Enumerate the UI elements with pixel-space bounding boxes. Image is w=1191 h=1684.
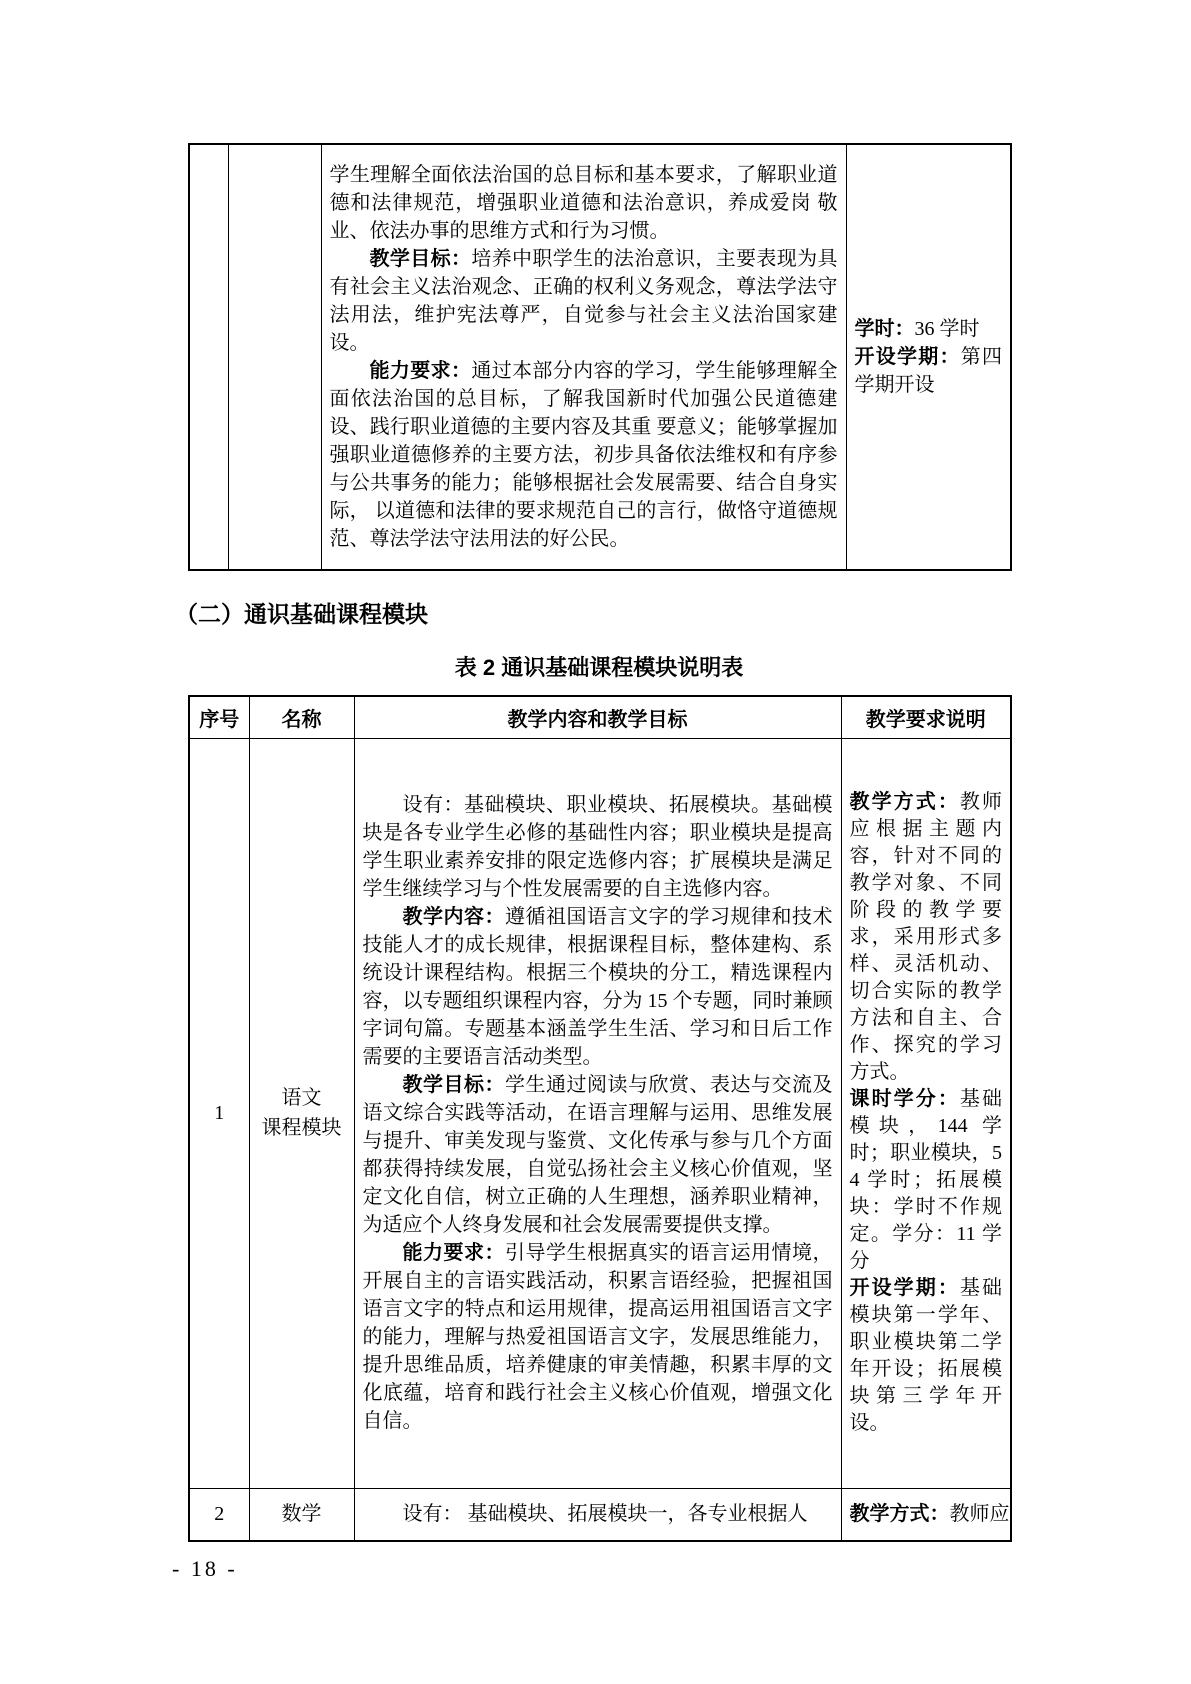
teaching-content-cell: 设有：基础模块、职业模块、拓展模块。基础模块是各专业学生必修的基础性内容；职业模… <box>354 738 841 1488</box>
course-name-line: 语文 <box>258 1083 346 1113</box>
paragraph: 能力要求：引导学生根据真实的语言运用情境，开展自主的言语实践活动，积累言语经验，… <box>363 1239 833 1435</box>
paragraph-label: 教学方式： <box>850 1503 950 1525</box>
paragraph: 课时学分：基础模块，144 学时；职业模块，54 学时；拓展模块：学时不作规定。… <box>850 1086 1003 1275</box>
teaching-content-cell: 学生理解全面依法治国的总目标和基本要求，了解职业道德和法律规范，增强职业道德和法… <box>321 144 846 570</box>
paragraph: 学生理解全面依法治国的总目标和基本要求，了解职业道德和法律规范，增强职业道德和法… <box>330 161 838 245</box>
paragraph-text: 遵循祖国语言文字的学习规律和技术技能人才的成长规律，根据课程目标，整体建构、系统… <box>363 906 833 1068</box>
paragraph-label: 开设学期： <box>855 346 961 368</box>
teaching-requirement-cell: 教学方式：教师应 <box>841 1488 1011 1541</box>
paragraph-label: 教学方式： <box>850 791 960 813</box>
table-row: 学生理解全面依法治国的总目标和基本要求，了解职业道德和法律规范，增强职业道德和法… <box>189 144 1011 570</box>
paragraph-text: 通过本部分内容的学习，学生能够理解全面依法治国的总目标，了解我国新时代加强公民道… <box>330 360 838 550</box>
document-page: 学生理解全面依法治国的总目标和基本要求，了解职业道德和法律规范，增强职业道德和法… <box>0 0 1191 1684</box>
paragraph-text: 教师应根据主题内容，针对不同的教学对象、不同阶段的教学要求，采用形式多样、灵活机… <box>850 791 1003 1083</box>
page-number: - 18 - <box>172 1556 238 1582</box>
header-content: 教学内容和教学目标 <box>354 696 841 738</box>
name-cell-empty <box>228 144 321 570</box>
paragraph-text: 设有：基础模块、职业模块、拓展模块。基础模块是各专业学生必修的基础性内容；职业模… <box>363 794 833 900</box>
paragraph-label: 教学目标： <box>370 248 472 270</box>
paragraph-text: 36 学时 <box>915 318 980 340</box>
name-cell: 数学 <box>249 1488 354 1541</box>
paragraph-text: 基础模块，144 学时；职业模块，54 学时；拓展模块：学时不作规定。学分：11… <box>850 1088 1003 1272</box>
section-heading: （二）通识基础课程模块 <box>175 596 428 629</box>
name-cell: 语文 课程模块 <box>249 738 354 1488</box>
paragraph-text: 设有： 基础模块、拓展模块一，各专业根据人 <box>403 1503 808 1525</box>
paragraph: 设有： 基础模块、拓展模块一，各专业根据人 <box>363 1500 833 1528</box>
module-table-continuation: 学生理解全面依法治国的总目标和基本要求，了解职业道德和法律规范，增强职业道德和法… <box>188 143 1012 571</box>
paragraph-label: 能力要求： <box>403 1242 506 1264</box>
serial-cell-empty <box>189 144 228 570</box>
general-basic-course-table: 序号 名称 教学内容和教学目标 教学要求说明 1 语文 课程模块 设有：基础模块… <box>188 695 1012 1542</box>
serial-cell: 2 <box>189 1488 249 1541</box>
teaching-requirement-cell: 学时：36 学时 开设学期：第四学期开设 <box>846 144 1011 570</box>
paragraph-label: 能力要求： <box>370 360 472 382</box>
header-row: 序号 名称 教学内容和教学目标 教学要求说明 <box>189 696 1011 738</box>
paragraph: 能力要求：通过本部分内容的学习，学生能够理解全面依法治国的总目标，了解我国新时代… <box>330 357 838 553</box>
paragraph: 开设学期：第四学期开设 <box>855 343 1003 399</box>
paragraph-text: 引导学生根据真实的语言运用情境，开展自主的言语实践活动，积累言语经验，把握祖国语… <box>363 1242 833 1432</box>
paragraph-label: 教学内容： <box>403 906 506 928</box>
paragraph-text: 学生通过阅读与欣赏、表达与交流及语文综合实践等活动，在语言理解与运用、思维发展与… <box>363 1074 833 1236</box>
course-name-line: 课程模块 <box>258 1113 346 1143</box>
header-serial: 序号 <box>189 696 249 738</box>
paragraph-label: 教学目标： <box>403 1074 506 1096</box>
table-row-chinese: 1 语文 课程模块 设有：基础模块、职业模块、拓展模块。基础模块是各专业学生必修… <box>189 738 1011 1488</box>
header-requirement: 教学要求说明 <box>841 696 1011 738</box>
paragraph: 学时：36 学时 <box>855 315 1003 343</box>
paragraph-label: 课时学分： <box>850 1088 960 1110</box>
serial-cell: 1 <box>189 738 249 1488</box>
paragraph-text: 基础模块第一学年、职业模块第二学年开设；拓展模块第三学年开设。 <box>850 1277 1003 1434</box>
paragraph: 教学方式：教师应根据主题内容，针对不同的教学对象、不同阶段的教学要求，采用形式多… <box>850 789 1003 1086</box>
header-name: 名称 <box>249 696 354 738</box>
paragraph: 教学方式：教师应 <box>850 1500 1003 1528</box>
paragraph-text: 教师应 <box>950 1503 1010 1525</box>
paragraph: 教学目标：学生通过阅读与欣赏、表达与交流及语文综合实践等活动，在语言理解与运用、… <box>363 1071 833 1239</box>
paragraph-label: 开设学期： <box>850 1277 960 1299</box>
table2-title: 表 2 通识基础课程模块说明表 <box>188 651 1010 682</box>
paragraph: 教学内容：遵循祖国语言文字的学习规律和技术技能人才的成长规律，根据课程目标，整体… <box>363 903 833 1071</box>
paragraph: 设有：基础模块、职业模块、拓展模块。基础模块是各专业学生必修的基础性内容；职业模… <box>363 791 833 903</box>
teaching-content-cell: 设有： 基础模块、拓展模块一，各专业根据人 <box>354 1488 841 1541</box>
paragraph: 教学目标：培养中职学生的法治意识，主要表现为具有社会主义法治观念、正确的权利义务… <box>330 245 838 357</box>
teaching-requirement-cell: 教学方式：教师应根据主题内容，针对不同的教学对象、不同阶段的教学要求，采用形式多… <box>841 738 1011 1488</box>
paragraph: 开设学期：基础模块第一学年、职业模块第二学年开设；拓展模块第三学年开设。 <box>850 1275 1003 1437</box>
paragraph-label: 学时： <box>855 318 915 340</box>
table-row-math: 2 数学 设有： 基础模块、拓展模块一，各专业根据人 教学方式：教师应 <box>189 1488 1011 1541</box>
paragraph-text: 学生理解全面依法治国的总目标和基本要求，了解职业道德和法律规范，增强职业道德和法… <box>330 164 838 242</box>
